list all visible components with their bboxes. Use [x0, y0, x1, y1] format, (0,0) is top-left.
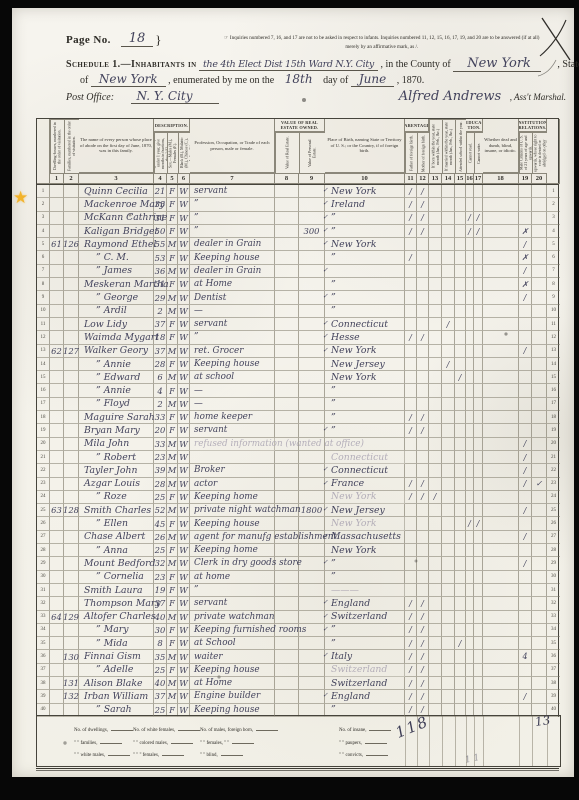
cell-cr [466, 424, 474, 437]
cell-occ: refused information (wanted at office) [190, 438, 275, 451]
cell-ln: 39 [37, 690, 50, 703]
cell-ff [405, 584, 417, 597]
cell-bpl: Switzerland [325, 677, 405, 690]
cell-name: ” Roze [79, 491, 154, 504]
cell-name: Chase Albert [79, 531, 154, 544]
cell-bpl: ” [325, 212, 405, 225]
cell-pe: ✓ [299, 318, 325, 331]
affirmative-tick: ✓ [323, 532, 328, 540]
census-row: 1362127Walker Geory37MWret. Grocer✓New Y… [36, 345, 559, 358]
cell-rn: 16 [547, 384, 560, 397]
cell-mf: / [417, 677, 429, 690]
cell-pe [299, 677, 325, 690]
cell-col: W [178, 504, 190, 517]
group-header-real_estate: Value of Real Estate Owned. [275, 119, 325, 132]
cell-col: W [178, 438, 190, 451]
cell-occ: waiter [190, 650, 275, 663]
cell-cr [466, 531, 474, 544]
cell-ff [405, 451, 417, 464]
cell-sex: F [167, 424, 178, 437]
cell-re [275, 424, 299, 437]
affirmative-tick: ✓ [323, 425, 328, 433]
cell-mcd [532, 438, 547, 451]
district-value: the 4th Elect Dist 15th Ward N.Y. City [199, 59, 378, 71]
cell-mm [442, 637, 455, 650]
cell-mm [442, 611, 455, 624]
cell-ff [405, 438, 417, 451]
cell-sex: M [167, 690, 178, 703]
cell-sch [455, 212, 466, 225]
cell-ff [405, 384, 417, 397]
cell-cw [474, 185, 483, 198]
cell-col: W [178, 345, 190, 358]
group-header-parentage: Parentage. [405, 119, 429, 132]
cell-cr [466, 278, 474, 291]
cell-cr [466, 331, 474, 344]
cell-cr [466, 624, 474, 637]
cell-col: W [178, 650, 190, 663]
brace-mark: } [155, 32, 161, 48]
cell-name: ” Edward [79, 371, 154, 384]
cell-sex: M [167, 478, 178, 491]
cell-cr: / [466, 517, 474, 530]
cell-sex: F [167, 664, 178, 677]
cell-sex: F [167, 624, 178, 637]
census-row: 34” Mary30FWKeeping furnished rooms✓”//3… [36, 624, 559, 637]
cell-mc [519, 198, 532, 211]
cell-rn: 32 [547, 597, 560, 610]
cell-ff [405, 531, 417, 544]
footer-grid-line [429, 716, 430, 766]
cell-dw [50, 557, 64, 570]
cell-cr [466, 398, 474, 411]
cell-sex: M [167, 345, 178, 358]
cell-pe: ✓ [299, 464, 325, 477]
cell-re [275, 358, 299, 371]
cell-mcd [532, 611, 547, 624]
cell-cr [466, 451, 474, 464]
cell-fam [64, 225, 79, 238]
affirmative-tick: ✓ [323, 612, 328, 620]
cell-name: Maguire Sarah [79, 411, 154, 424]
affirmative-tick: ✓ [323, 213, 328, 221]
cell-ln: 22 [37, 464, 50, 477]
cell-name: ” Ardil [79, 305, 154, 318]
census-row: 4Kaligan Bridget50FW”300✓”////✗4 [36, 225, 559, 238]
footer-grid-line [442, 716, 443, 766]
marshal-label: , Ass't Marshal. [510, 92, 566, 102]
cell-mcd [532, 517, 547, 530]
cell-rn: 33 [547, 611, 560, 624]
cell-dd [483, 371, 519, 384]
cell-mcd [532, 238, 547, 251]
census-row: 6” C. M.53FWKeeping house”/✗6 [36, 251, 559, 264]
cell-bm [429, 238, 442, 251]
group-header-description: Description. [154, 119, 190, 132]
cell-sex: M [167, 650, 178, 663]
cell-bpl: Switzerland [325, 664, 405, 677]
cell-sch [455, 571, 466, 584]
cell-sch [455, 664, 466, 677]
cell-dd [483, 198, 519, 211]
cell-ff: / [405, 637, 417, 650]
cell-fam [64, 198, 79, 211]
cell-occ: private night watchman [190, 504, 275, 517]
cell-mc [519, 358, 532, 371]
cell-fam [64, 597, 79, 610]
cell-age: 39 [154, 464, 167, 477]
cell-mc: / [519, 265, 532, 278]
cell-bm [429, 278, 442, 291]
census-row: 38131Alison Blake40MWat HomeSwitzerland/… [36, 677, 559, 690]
cell-re [275, 597, 299, 610]
cell-ff [405, 544, 417, 557]
cell-cr [466, 677, 474, 690]
cell-bpl: France [325, 478, 405, 491]
cell-mm [442, 371, 455, 384]
cell-dd [483, 438, 519, 451]
cell-age: 26 [154, 531, 167, 544]
cell-cw [474, 238, 483, 251]
cell-ln: 27 [37, 531, 50, 544]
cell-mm [442, 225, 455, 238]
cell-sch [455, 690, 466, 703]
cell-occ: — [190, 398, 275, 411]
affirmative-tick: ✓ [323, 651, 328, 659]
cell-re [275, 517, 299, 530]
cell-age: 53 [154, 251, 167, 264]
group-header-education: Educa­tion. [466, 119, 483, 132]
cell-ln: 23 [37, 478, 50, 491]
cell-fam: 128 [64, 504, 79, 517]
cell-pe [299, 517, 325, 530]
cell-ff: / [405, 491, 417, 504]
census-row: 2563128Smith Charles52MWprivate night wa… [36, 504, 559, 517]
cell-ff [405, 557, 417, 570]
cell-bpl: ” [325, 305, 405, 318]
affirmative-tick: ✓ [323, 598, 328, 606]
col-number-17: 17 [474, 173, 483, 184]
cell-dw [50, 451, 64, 464]
cell-cw [474, 664, 483, 677]
census-row: 3McKann Cathrine31FW”✓”////3 [36, 212, 559, 225]
cell-mcd: ✓ [532, 478, 547, 491]
col-header-14: If married within the year, state month … [442, 119, 455, 173]
cell-dd [483, 544, 519, 557]
cell-mcd [532, 544, 547, 557]
cell-mf [417, 504, 429, 517]
cell-cw [474, 571, 483, 584]
cell-bpl: New York [325, 345, 405, 358]
cell-mc [519, 517, 532, 530]
cell-occ: dealer in Grain [190, 238, 275, 251]
census-table: Dwelling-houses, numbered in the order o… [36, 118, 559, 717]
cell-sch [455, 677, 466, 690]
cell-pe [299, 451, 325, 464]
cell-re [275, 345, 299, 358]
cell-mf [417, 358, 429, 371]
cell-cr [466, 491, 474, 504]
cell-ff [405, 358, 417, 371]
cell-cw [474, 611, 483, 624]
cell-rn: 26 [547, 517, 560, 530]
post-office-group: Post Office: N. Y. City [66, 89, 219, 104]
cell-mm [442, 557, 455, 570]
cell-age: 2 [154, 398, 167, 411]
cell-sex: F [167, 637, 178, 650]
footer-summary-group: No. of males, foreign born," " females, … [200, 725, 278, 763]
cell-rn: 11 [547, 318, 560, 331]
cell-dd [483, 464, 519, 477]
cell-bpl: ” [325, 557, 405, 570]
footer-summary-group: No. of white females," " colored males,"… [133, 725, 200, 763]
cell-name: Bryan Mary [79, 424, 154, 437]
cell-cr [466, 584, 474, 597]
cell-mc [519, 318, 532, 331]
footer-summary-line: " " families, [74, 738, 133, 751]
cell-cw [474, 265, 483, 278]
cell-bpl: England [325, 690, 405, 703]
cell-name: McKann Cathrine [79, 212, 154, 225]
col-header-18: Whether deaf and dumb, blind, insane, or… [483, 119, 519, 173]
cell-col: W [178, 265, 190, 278]
cell-mcd [532, 198, 547, 211]
cell-dd [483, 318, 519, 331]
cell-bpl: ——— [325, 584, 405, 597]
cell-pe: ✓ [299, 650, 325, 663]
cell-sch [455, 597, 466, 610]
cell-occ: servant [190, 318, 275, 331]
col-number-18: 18 [483, 173, 519, 184]
cell-bpl: ” [325, 571, 405, 584]
cell-sex: M [167, 677, 178, 690]
cell-mc: 4 [519, 650, 532, 663]
cell-dd [483, 384, 519, 397]
census-row: 18Maguire Sarah33FWhome keeper”//18 [36, 411, 559, 424]
cell-mm [442, 411, 455, 424]
cell-ff [405, 571, 417, 584]
col-number-20: 20 [532, 173, 547, 184]
census-paper: Page No. 18 } ☞ Inquiries numbered 7, 16… [12, 8, 574, 777]
cell-col: W [178, 424, 190, 437]
cell-name: Thompson Mary [79, 597, 154, 610]
cell-fam [64, 251, 79, 264]
affirmative-tick: ✓ [323, 505, 328, 513]
blank-line [365, 743, 387, 744]
census-row: 29Mount Bedford32MWClerk in dry goods st… [36, 557, 559, 570]
cell-pe [299, 278, 325, 291]
cell-mc: / [519, 504, 532, 517]
cell-cw [474, 624, 483, 637]
cell-bpl: Ireland [325, 198, 405, 211]
cell-name: ” Mida [79, 637, 154, 650]
cell-col: W [178, 278, 190, 291]
cell-occ: — [190, 305, 275, 318]
cell-mf [417, 278, 429, 291]
cell-col: W [178, 690, 190, 703]
enumeration-line: of New York , enumerated by me on the 18… [80, 72, 566, 86]
cell-rn: 39 [547, 690, 560, 703]
cell-bm [429, 305, 442, 318]
cell-rn: 2 [547, 198, 560, 211]
col-header-16: Cannot read. [466, 132, 474, 173]
blank-line [171, 743, 193, 744]
cell-cw [474, 677, 483, 690]
cell-dw [50, 251, 64, 264]
cell-name: Mount Bedford [79, 557, 154, 570]
cell-pe: ✓ [299, 597, 325, 610]
cell-cw [474, 478, 483, 491]
cell-bm [429, 265, 442, 278]
state-value: New York [91, 72, 166, 87]
cell-cr [466, 291, 474, 304]
cell-mcd [532, 531, 547, 544]
cell-ff [405, 371, 417, 384]
cell-ln: 1 [37, 185, 50, 198]
cell-occ: Broker [190, 464, 275, 477]
cell-fam [64, 411, 79, 424]
cell-name: Waimda Mygart [79, 331, 154, 344]
cell-cw [474, 438, 483, 451]
cell-mm [442, 597, 455, 610]
cell-dw [50, 478, 64, 491]
cell-mcd [532, 637, 547, 650]
county-value: New York [453, 56, 541, 72]
census-row: 22Tayler John39MWBroker✓Connecticut/22 [36, 464, 559, 477]
bottom-double-rule [36, 768, 559, 769]
cell-re [275, 384, 299, 397]
cell-dw: 63 [50, 504, 64, 517]
enum-month-value: June [351, 72, 394, 87]
cell-dd [483, 424, 519, 437]
cell-rn: 38 [547, 677, 560, 690]
census-row: 32Thompson Mary37FWservant✓England//32 [36, 597, 559, 610]
cell-bpl: Connecticut [325, 451, 405, 464]
census-row: 11Low Lidy37FWservant✓Connecticut/11 [36, 318, 559, 331]
cell-mm [442, 690, 455, 703]
cell-col: W [178, 225, 190, 238]
cell-bm [429, 504, 442, 517]
col-header-4: Age at last birth-day. If under 1 year, … [154, 132, 167, 173]
cell-mcd [532, 185, 547, 198]
cell-fam [64, 265, 79, 278]
cell-bm [429, 424, 442, 437]
cell-ff: / [405, 650, 417, 663]
cell-mf [417, 517, 429, 530]
cell-re [275, 637, 299, 650]
col-number-10: 10 [325, 173, 405, 184]
cell-ff [405, 305, 417, 318]
footer-summary-line: " " blind, [200, 750, 278, 763]
cell-cw [474, 331, 483, 344]
cell-age: 23 [154, 451, 167, 464]
cell-sch [455, 650, 466, 663]
cell-mf [417, 451, 429, 464]
col-header-15: Attended school within the year. [455, 119, 466, 173]
cell-bm [429, 597, 442, 610]
cell-age: 37 [154, 345, 167, 358]
cell-name: Altofer Charles [79, 611, 154, 624]
cell-mm [442, 251, 455, 264]
cell-mcd [532, 291, 547, 304]
cell-sex: M [167, 451, 178, 464]
cell-col: W [178, 371, 190, 384]
cell-ff [405, 265, 417, 278]
cell-age: 19 [154, 584, 167, 597]
cell-rn: 12 [547, 331, 560, 344]
cell-dd [483, 251, 519, 264]
cell-occ: actor [190, 478, 275, 491]
cell-ln: 26 [37, 517, 50, 530]
cell-name: ” Adelle [79, 664, 154, 677]
cell-ln: 24 [37, 491, 50, 504]
cell-rn: 20 [547, 438, 560, 451]
cell-cr: / [466, 212, 474, 225]
cell-ff [405, 464, 417, 477]
cell-col: W [178, 597, 190, 610]
cell-sch [455, 198, 466, 211]
cell-bm [429, 411, 442, 424]
cell-sch [455, 531, 466, 544]
col-number-16: 16 [466, 173, 474, 184]
cell-mf: / [417, 212, 429, 225]
cell-dd [483, 557, 519, 570]
cell-dw [50, 225, 64, 238]
cell-re [275, 238, 299, 251]
cell-bm [429, 624, 442, 637]
blank-line [111, 730, 133, 731]
cell-mf [417, 398, 429, 411]
cell-re [275, 198, 299, 211]
cell-age: 30 [154, 624, 167, 637]
cell-bm [429, 650, 442, 663]
cell-mc [519, 597, 532, 610]
cell-ff [405, 278, 417, 291]
census-row: 39132Irban William37MWEngine builder✓Eng… [36, 690, 559, 703]
col-header-6: Color.—White (W.), Black (B.), Mulatto (… [178, 132, 190, 173]
blank-line [232, 743, 254, 744]
cell-dd [483, 491, 519, 504]
census-row: 3364129Altofer Charles40MWprivate watchm… [36, 611, 559, 624]
cell-mc [519, 677, 532, 690]
cell-bm [429, 198, 442, 211]
cell-sch: / [455, 371, 466, 384]
cell-cr [466, 358, 474, 371]
cell-re [275, 544, 299, 557]
cell-mf [417, 265, 429, 278]
cell-mc [519, 424, 532, 437]
cell-mc: / [519, 451, 532, 464]
cell-dw [50, 398, 64, 411]
cell-mcd [532, 597, 547, 610]
cell-mm [442, 544, 455, 557]
cell-ln: 18 [37, 411, 50, 424]
cell-occ: ” [190, 331, 275, 344]
cell-mf [417, 305, 429, 318]
page-no-value: 18 [121, 31, 154, 47]
footer-summary-line: No. of dwellings, [74, 725, 133, 738]
cell-dd [483, 411, 519, 424]
cell-ln: 14 [37, 358, 50, 371]
cell-mcd [532, 677, 547, 690]
cell-re [275, 491, 299, 504]
footer-summary-line: " " colored males, [133, 738, 200, 751]
cell-pe [299, 491, 325, 504]
cell-age: 37 [154, 690, 167, 703]
cell-bpl: ” [325, 398, 405, 411]
cell-age: 33 [154, 438, 167, 451]
cell-rn: 5 [547, 238, 560, 251]
